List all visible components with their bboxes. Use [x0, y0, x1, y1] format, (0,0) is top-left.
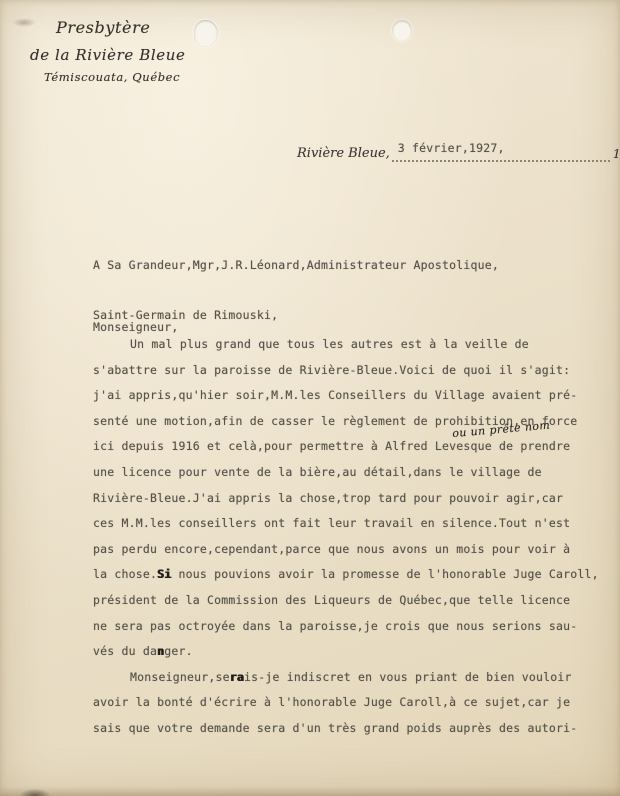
typed-line: une licence pour vente de la bière,au dé… — [93, 465, 575, 491]
typed-line: président de la Commission des Liqueurs … — [93, 593, 575, 619]
dateline-place: Rivière Bleue, — [297, 146, 390, 162]
letterhead-line3: Témiscouata, Québec — [44, 70, 180, 84]
letterhead-line1: Presbytère — [56, 18, 150, 37]
typed-line: Un mal plus grand que tous les autres es… — [93, 337, 575, 363]
typed-line: Monseigneur,serais-je indiscret en vous … — [93, 670, 575, 696]
letter-scan: Presbytère de la Rivière Bleue Témiscoua… — [0, 0, 620, 796]
typed-line: pas perdu encore,cependant,parce que nou… — [93, 542, 575, 568]
typed-line: ces M.M.les conseillers ont fait leur tr… — [93, 516, 575, 542]
overstruck-text: Si — [157, 567, 171, 581]
punch-hole-left — [194, 20, 218, 47]
punch-hole-right — [392, 20, 412, 41]
letter-body: Un mal plus grand que tous les autres es… — [93, 337, 575, 747]
typed-line: vés du danger. — [93, 644, 575, 670]
typed-line: sais que votre demande sera d'un très gr… — [93, 721, 575, 747]
dateline-year-prefix: 192 — [613, 146, 620, 162]
dateline-typed-date: 3 février,1927, — [398, 141, 505, 155]
scan-smudge — [12, 18, 36, 27]
letterhead-line2: de la Rivière Bleue — [30, 46, 185, 64]
scan-edge-shadow — [0, 786, 620, 796]
typed-line: ici depuis 1916 et celà,pour permettre à… — [93, 439, 575, 465]
dateline: Rivière Bleue, 3 février,1927, 192 — [297, 138, 620, 162]
typed-line: s'abattre sur la paroisse de Rivière-Ble… — [93, 363, 575, 389]
typed-line: avoir la bonté d'écrire à l'honorable Ju… — [93, 695, 575, 721]
recipient-line1: A Sa Grandeur,Mgr,J.R.Léonard,Administra… — [93, 257, 499, 274]
salutation: Monseigneur, — [93, 320, 178, 334]
typed-line: ne sera pas octroyée dans la paroisse,je… — [93, 619, 575, 645]
overstruck-text: ra — [230, 670, 244, 684]
scan-corner-mark — [20, 789, 50, 796]
typed-line: Rivière-Bleue.J'ai appris la chose,trop … — [93, 491, 575, 517]
dateline-dotted-rule: 3 février,1927, — [392, 140, 610, 162]
typed-line: j'ai appris,qu'hier soir,M.M.les Conseil… — [93, 388, 575, 414]
typed-line: la chose.Si nous pouvions avoir la prome… — [93, 567, 575, 593]
